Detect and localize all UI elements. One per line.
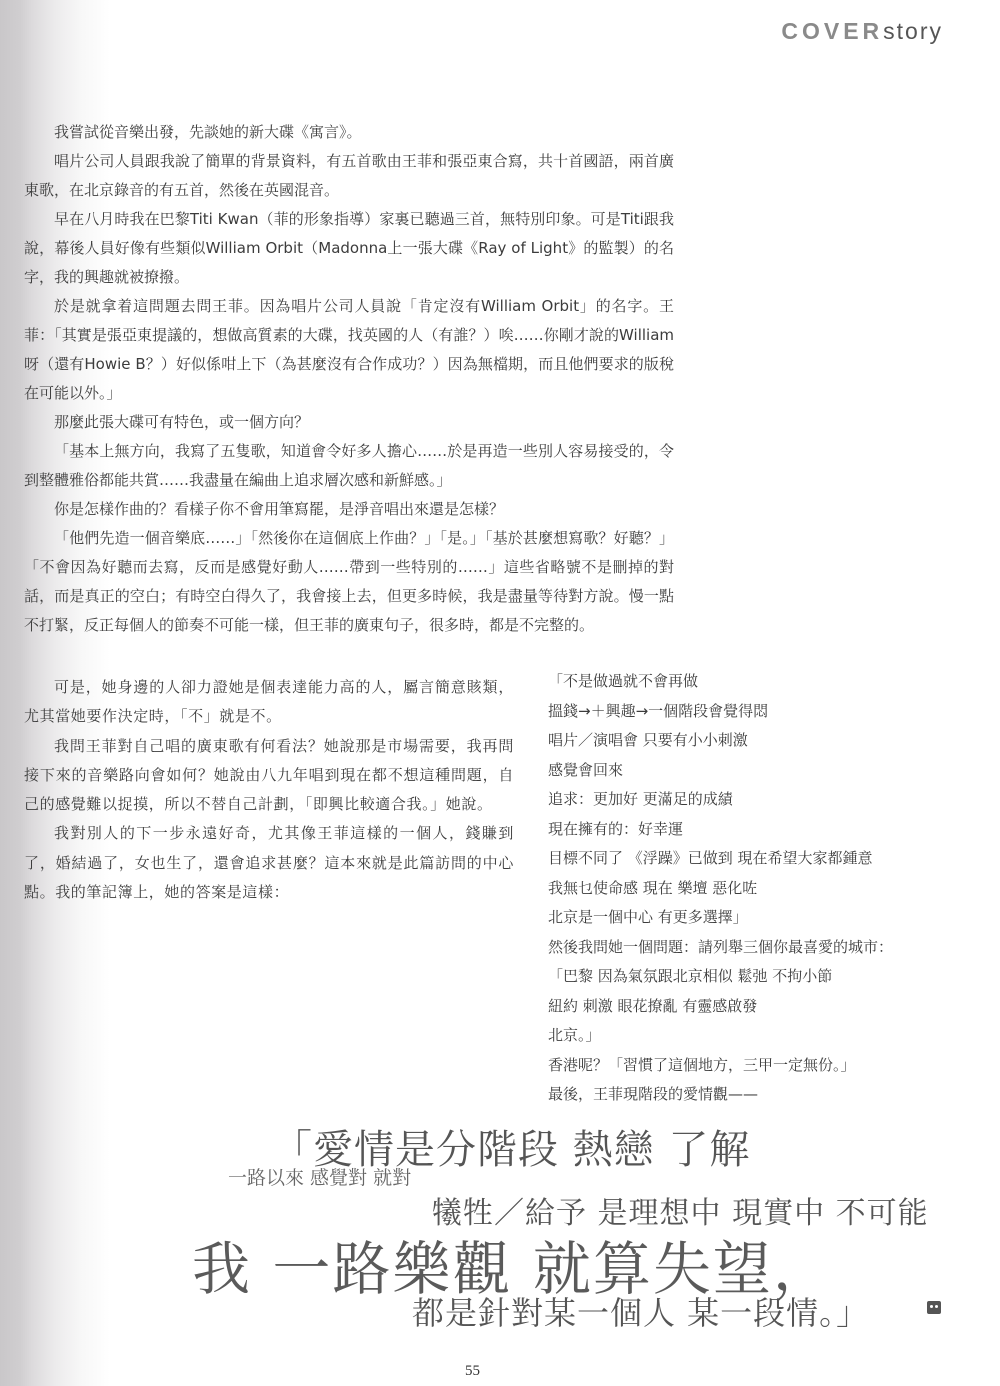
notebook-line: 北京。」 xyxy=(548,1021,958,1051)
pull-quote-line-2: 一路以來 感覺對 就對 xyxy=(228,1163,411,1190)
paragraph: 於是就拿着這問題去問王菲。因為唱片公司人員說「肯定沒有William Orbit… xyxy=(24,292,674,408)
notebook-line: 紐約 刺激 眼花撩亂 有靈感啟發 xyxy=(548,992,958,1022)
paragraph: 我嘗試從音樂出發，先談她的新大碟《寓言》。 xyxy=(24,118,674,147)
header-cover: COVER xyxy=(781,18,883,44)
paragraph: 你是怎樣作曲的？看樣子你不會用筆寫罷，是淨音唱出來還是怎樣？ xyxy=(24,495,674,524)
header-story: story xyxy=(883,18,943,44)
notebook-answers: 「不是做過就不會再做 搵錢→＋興趣→一個階段會覺得悶 唱片／演唱會 只要有小小刺… xyxy=(548,667,958,1110)
notebook-line: 最後，王菲現階段的愛情觀—— xyxy=(548,1080,958,1110)
article-body: 我嘗試從音樂出發，先談她的新大碟《寓言》。 唱片公司人員跟我說了簡單的背景資料，… xyxy=(24,118,674,640)
paragraph: 「他們先造一個音樂底……」「然後你在這個底上作曲？」「是。」「基於甚麼想寫歌？好… xyxy=(24,524,674,640)
notebook-line: 我無乜使命感 現在 樂壇 惡化咗 xyxy=(548,874,958,904)
paragraph: 可是，她身邊的人卻力證她是個表達能力高的人，屬言簡意賅類，尤其當她要作決定時，「… xyxy=(24,673,514,732)
notebook-line: 感覺會回來 xyxy=(548,756,958,786)
notebook-line: 現在擁有的：好幸運 xyxy=(548,815,958,845)
paragraph: 早在八月時我在巴黎Titi Kwan（菲的形象指導）家裏已聽過三首，無特別印象。… xyxy=(24,205,674,292)
paragraph: 「基本上無方向，我寫了五隻歌，知道會令好多人擔心……於是再造一些別人容易接受的，… xyxy=(24,437,674,495)
article-body-narrow: 可是，她身邊的人卻力證她是個表達能力高的人，屬言簡意賅類，尤其當她要作決定時，「… xyxy=(24,673,514,907)
notebook-line: 「不是做過就不會再做 xyxy=(548,667,958,697)
notebook-line: 搵錢→＋興趣→一個階段會覺得悶 xyxy=(548,697,958,727)
paragraph: 我問王菲對自己唱的廣東歌有何看法？她說那是市場需要，我再問接下來的音樂路向會如何… xyxy=(24,732,514,820)
section-header: COVERstory xyxy=(781,18,943,45)
notebook-line: 「巴黎 因為氣氛跟北京相似 鬆弛 不拘小節 xyxy=(548,962,958,992)
notebook-line: 目標不同了 《浮躁》已做到 現在希望大家都鍾意 xyxy=(548,844,958,874)
end-mark-icon xyxy=(927,1301,941,1314)
page-number: 55 xyxy=(465,1363,480,1380)
notebook-line: 北京是一個中心 有更多選擇」 xyxy=(548,903,958,933)
paragraph: 我對別人的下一步永遠好奇，尤其像王菲這樣的一個人，錢賺到了，婚結過了，女也生了，… xyxy=(24,819,514,907)
notebook-line: 香港呢？「習慣了這個地方，三甲一定無份。」 xyxy=(548,1051,958,1081)
pull-quote-line-5: 都是針對某一個人 某一段情。」 xyxy=(412,1288,869,1334)
paragraph: 那麼此張大碟可有特色，或一個方向？ xyxy=(24,408,674,437)
notebook-line: 唱片／演唱會 只要有小小刺激 xyxy=(548,726,958,756)
paragraph: 唱片公司人員跟我說了簡單的背景資料，有五首歌由王菲和張亞東合寫，共十首國語，兩首… xyxy=(24,147,674,205)
notebook-line: 然後我問她一個問題：請列舉三個你最喜愛的城市： xyxy=(548,933,958,963)
notebook-line: 追求：更加好 更滿足的成績 xyxy=(548,785,958,815)
